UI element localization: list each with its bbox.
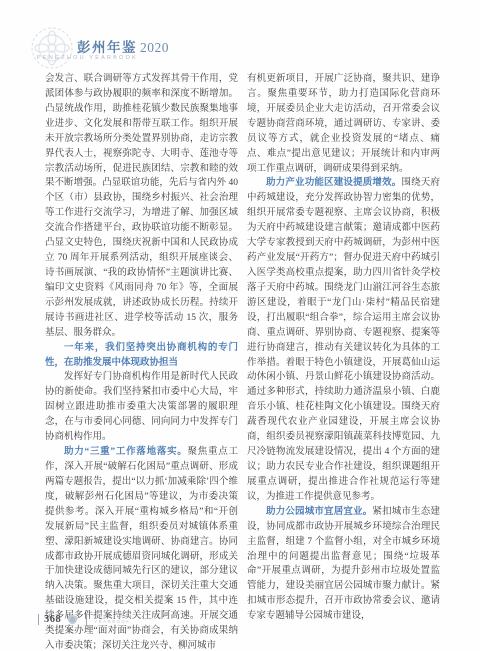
page-footer: 368 PENGZHOU YEARBOOK <box>33 610 131 628</box>
yearbook-seal-icon <box>30 26 74 70</box>
subsection-lead-parkcity: 助力公园城市宜居宜业。 <box>266 507 372 517</box>
paragraph-sub3: 助力公园城市宜居宜业。紧扣城市生态建设，协同成都市政协开展城乡环境综合治理民主监… <box>247 505 440 624</box>
page-number: 368 <box>44 614 61 625</box>
yearbook-title-cn: 彭州年鉴 <box>77 40 137 55</box>
yearbook-subtitle: PENGZHOU YEARBOOK <box>37 55 138 61</box>
subsection-text: 围绕天府中药城建设，充分发挥政协智力密集的优势，组织开展常委专题视察、主席会议协… <box>247 178 440 501</box>
footer-divider <box>38 614 39 625</box>
paragraph-continuation: 有机更新项目，开展广泛协商，聚共识、建诤言。聚焦重要环节，助力打造国际化营商环境… <box>247 72 440 176</box>
footer-divider <box>86 614 87 625</box>
footer-logo-text: PENGZHOU YEARBOOK <box>94 614 131 624</box>
subsection-lead-industry: 助力产业功能区建设提质增效。 <box>266 178 401 188</box>
yearbook-title: 彭州年鉴2020 <box>77 36 169 56</box>
paragraph-sub2: 助力产业功能区建设提质增效。围绕天府中药城建设，充分发挥政协智力密集的优势，组织… <box>247 176 440 504</box>
section-heading: 一年来，我们坚持突出协商机构的专门性，在助推发展中体现政协担当 <box>45 341 238 371</box>
left-column: 会发言、联合调研等方式发挥其骨干作用，党派团体参与政协履职的频率和深度不断增加。… <box>45 72 238 651</box>
right-column: 有机更新项目，开展广泛协商，聚共识、建诤言。聚焦重要环节，助力打造国际化营商环境… <box>247 72 440 651</box>
subsection-text: 紧扣城市生态建设，协同成都市政协开展城乡环境综合治理民主监督，组建 7 个监督小… <box>247 507 440 621</box>
paragraph-continuation: 会发言、联合调研等方式发挥其骨干作用，党派团体参与政协履职的频率和深度不断增加。… <box>45 72 238 341</box>
yearbook-year: 2020 <box>140 40 169 55</box>
subsection-lead-sanzhong: 助力“三重”工作落地落实。 <box>64 447 188 457</box>
page-body: 会发言、联合调研等方式发挥其骨干作用，党派团体参与政协履职的频率和深度不断增加。… <box>45 72 440 651</box>
footer-logo-line2: YEARBOOK <box>94 619 131 624</box>
yearbook-page: 彭州年鉴2020 PENGZHOU YEARBOOK 会发言、联合调研等方式发挥… <box>0 0 480 651</box>
footer-seal-icon <box>68 615 77 624</box>
paragraph-intro: 发挥好专门协商机构作用是新时代人民政协的新使命。我们坚持紧扣市委中心大局，牢固树… <box>45 370 238 445</box>
